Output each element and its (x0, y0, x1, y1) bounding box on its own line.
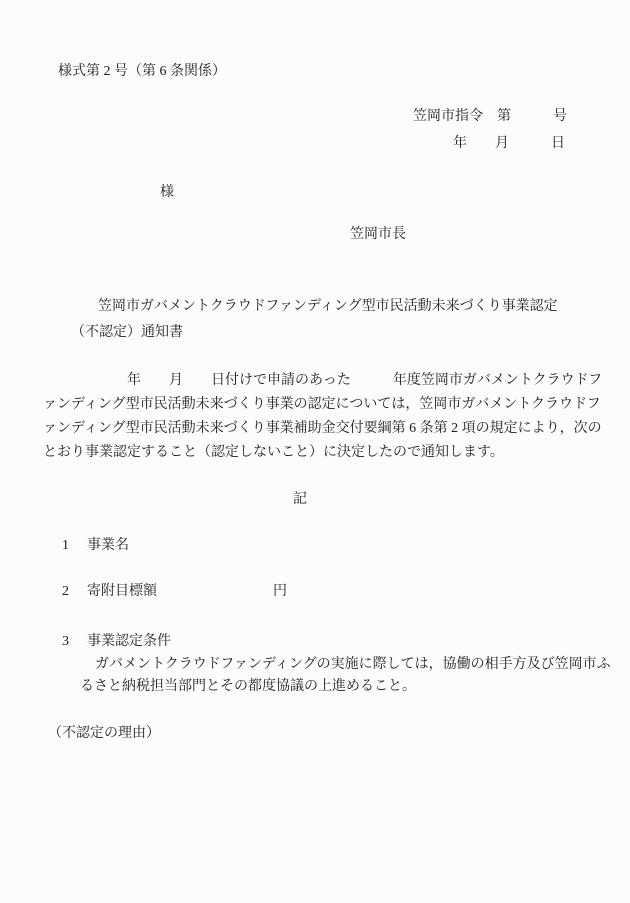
notice-title-line2: （不認定）通知書 (71, 323, 183, 343)
item2-number: 2 (62, 582, 69, 602)
document-page: 様式第 2 号（第 6 条関係） 笠岡市指令 第 号 年 月 日 様 笠岡市長 … (0, 0, 630, 903)
item3-number: 3 (62, 632, 69, 652)
form-number: 様式第 2 号（第 6 条関係） (58, 62, 226, 82)
body-line-2: ァンディング型市民活動未来づくり事業の認定については，笠岡市ガバメントクラウドフ (43, 395, 601, 415)
item3-label: 事業認定条件 (87, 632, 171, 652)
body-line-1: 年 月 日付けで申請のあった 年度笠岡市ガバメントクラウドフ (43, 371, 602, 391)
item1-number: 1 (62, 536, 69, 556)
date-line: 年 月 日 (453, 134, 565, 154)
item2-amount-unit: 円 (273, 582, 287, 602)
item1-label: 事業名 (87, 536, 129, 556)
notice-title-line1: 笠岡市ガバメントクラウドファンディング型市民活動未来づくり事業認定 (98, 297, 558, 317)
sender-title: 笠岡市長 (350, 225, 406, 245)
rejection-reason-label: （不認定の理由） (48, 724, 160, 744)
directive-number-line: 笠岡市指令 第 号 (413, 107, 567, 127)
item2-label: 寄附目標額 (87, 582, 157, 602)
item3-condition-line1: ガバメントクラウドファンディングの実施に際しては，協働の相手方及び笠岡市ふ (95, 655, 611, 675)
body-line-3: ァンディング型市民活動未来づくり事業補助金交付要綱第 6 条第 2 項の規定によ… (43, 419, 602, 439)
addressee-honorific: 様 (160, 183, 174, 203)
record-marker: 記 (293, 490, 307, 510)
item3-condition-line2: るさと納税担当部門とその都度協議の上進めること。 (80, 677, 416, 697)
body-line-4: とおり事業認定すること（認定しないこと）に決定したので通知します。 (43, 443, 504, 463)
